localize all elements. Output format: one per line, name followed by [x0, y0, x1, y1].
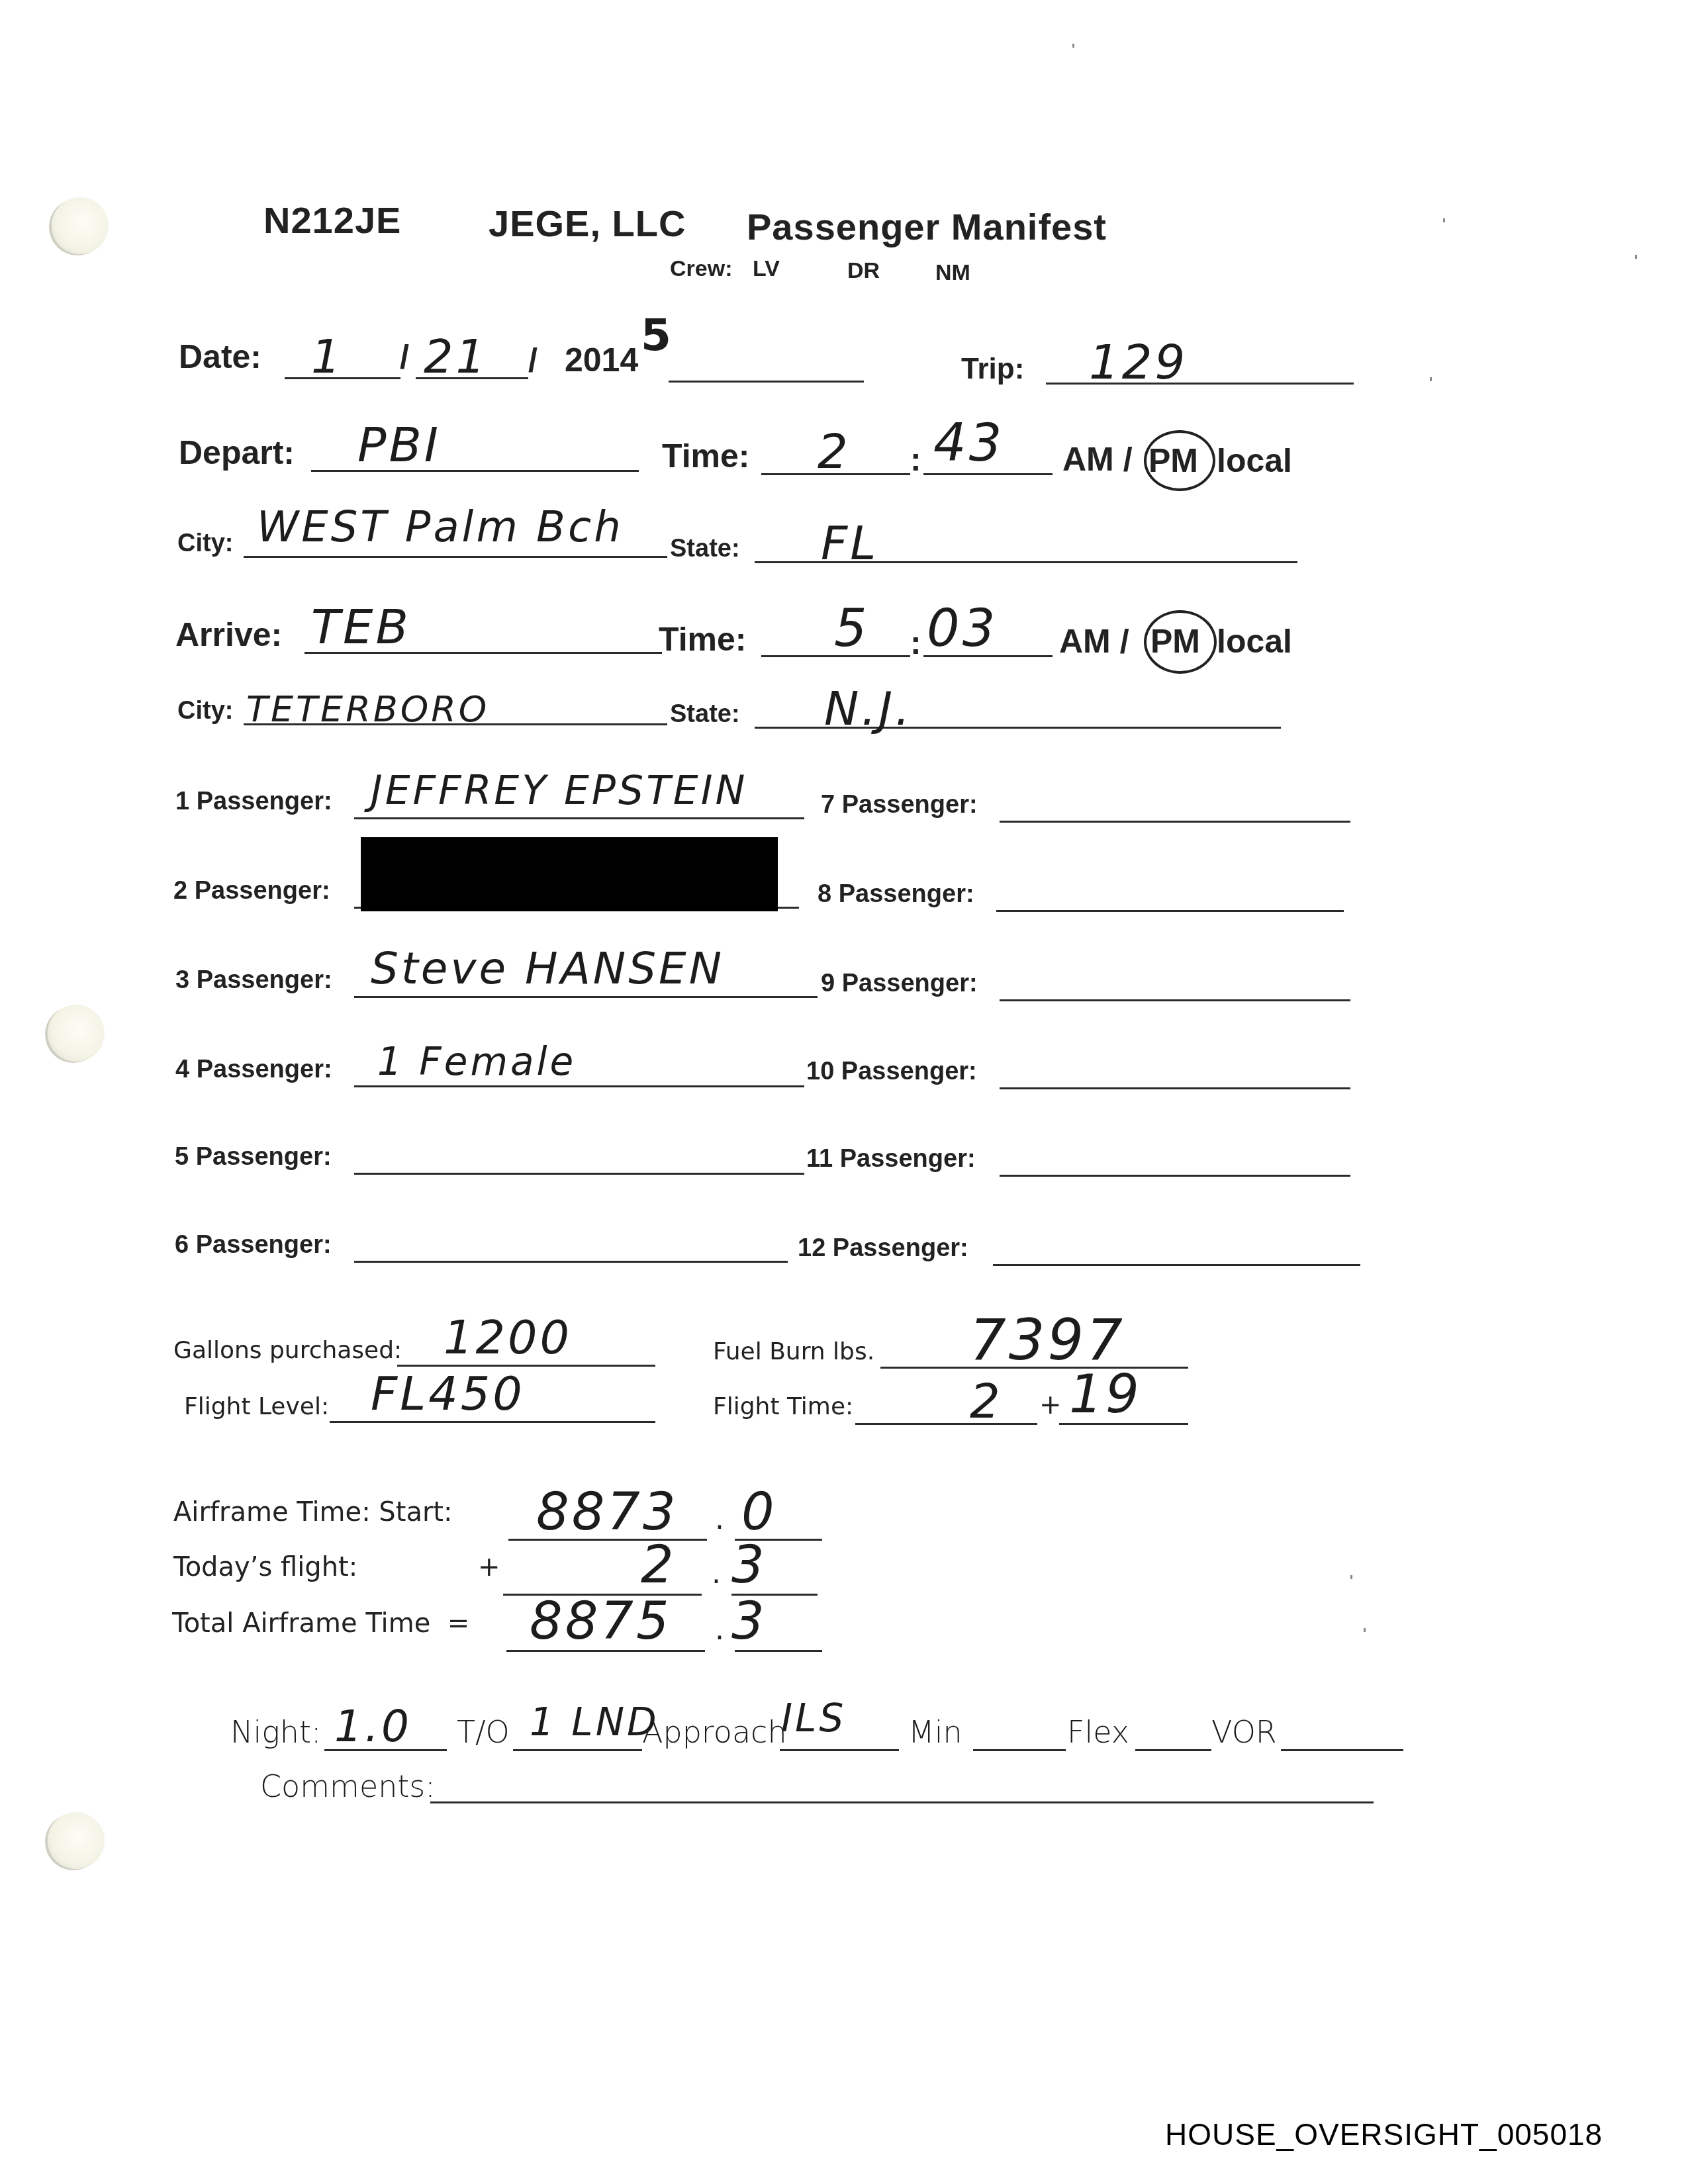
company-name: JEGE, LLC [489, 202, 686, 245]
form-title: Passenger Manifest [747, 205, 1107, 248]
scan-speck [1635, 255, 1637, 259]
arrive-minute-field[interactable]: 03 [927, 599, 998, 659]
flight-time-hours-line [855, 1423, 1037, 1425]
passenger-12-line[interactable] [993, 1264, 1360, 1266]
passenger-1-label: 1 Passenger: [175, 788, 332, 816]
todays-flight-whole-field[interactable]: 2 [641, 1535, 677, 1595]
comments-line[interactable] [430, 1801, 1374, 1803]
total-airframe-label: Total Airframe Time = [172, 1608, 469, 1639]
crew-label: Crew: [670, 256, 732, 282]
todays-flight-tenth-field[interactable]: 3 [731, 1535, 767, 1595]
passenger-1-field[interactable]: JEFFREY EPSTEIN [371, 768, 747, 814]
scan-speck [1430, 377, 1432, 381]
trip-number-field[interactable]: 129 [1089, 334, 1188, 390]
flight-level-field[interactable]: FL450 [371, 1367, 525, 1421]
pm-selected-circle [1144, 610, 1217, 674]
date-year-printed: 2014 [565, 341, 638, 379]
passenger-2-label: 2 Passenger: [173, 877, 330, 905]
date-year-correction: 5 [641, 310, 674, 361]
arrive-am-option[interactable]: AM / [1059, 622, 1129, 660]
flight-time-plus: + [1039, 1390, 1062, 1420]
passenger-11-line[interactable] [1000, 1175, 1350, 1177]
depart-minute-line [923, 473, 1053, 475]
passenger-9-label: 9 Passenger: [821, 970, 978, 998]
airframe-start-label: Airframe Time: Start: [173, 1497, 453, 1527]
min-line[interactable] [973, 1749, 1066, 1751]
date-separator: / [400, 338, 409, 376]
depart-state-label: State: [670, 535, 740, 563]
passenger-3-field[interactable]: Steve HANSEN [371, 943, 724, 994]
bates-number: HOUSE_OVERSIGHT_005018 [1165, 2116, 1603, 2152]
flex-line[interactable] [1135, 1749, 1211, 1751]
depart-airport-field[interactable]: PBI [357, 417, 441, 473]
time-colon: : [910, 623, 921, 662]
crew-member-3: NM [935, 260, 970, 286]
passenger-3-line [354, 996, 818, 998]
comments-label: Comments: [260, 1768, 436, 1804]
passenger-11-label: 11 Passenger: [806, 1145, 976, 1173]
redaction-box [361, 837, 778, 911]
decimal-point: . [715, 1502, 724, 1536]
arrive-state-label: State: [670, 700, 740, 729]
depart-city-line [244, 556, 667, 558]
depart-label: Depart: [179, 433, 295, 472]
passenger-1-line [354, 817, 804, 819]
gallons-field[interactable]: 1200 [444, 1310, 572, 1365]
passenger-6-label: 6 Passenger: [175, 1231, 332, 1259]
passenger-5-label: 5 Passenger: [175, 1143, 332, 1171]
arrive-label: Arrive: [175, 615, 282, 654]
todays-flight-plus: + [478, 1552, 500, 1582]
crew-member-2: DR [847, 258, 880, 284]
to-line [513, 1749, 642, 1751]
airframe-start-whole-field[interactable]: 8873 [536, 1482, 679, 1542]
arrive-city-label: City: [177, 697, 233, 725]
depart-time-label: Time: [662, 437, 749, 475]
arrive-airport-field[interactable]: TEB [311, 599, 411, 655]
decimal-point: . [712, 1557, 721, 1590]
date-month-field[interactable]: 1 [311, 330, 344, 384]
passenger-3-label: 3 Passenger: [175, 966, 332, 995]
decimal-point: . [715, 1613, 724, 1647]
flight-time-label: Flight Time: [713, 1393, 853, 1420]
date-year-line[interactable] [669, 381, 864, 383]
depart-hour-field[interactable]: 2 [818, 424, 851, 479]
flex-label: Flex [1067, 1714, 1129, 1750]
approach-line [780, 1749, 899, 1751]
date-separator: / [528, 341, 538, 379]
flight-time-hours-field[interactable]: 2 [970, 1373, 1003, 1429]
todays-flight-label: Today’s flight: [173, 1552, 357, 1582]
punch-hole-top [52, 197, 109, 254]
scan-speck [1072, 44, 1074, 48]
passenger-7-line[interactable] [1000, 821, 1350, 823]
date-day-field[interactable]: 21 [424, 330, 488, 384]
passenger-4-field[interactable]: 1 Female [377, 1039, 576, 1084]
passenger-4-line [354, 1085, 804, 1087]
depart-local-label: local [1217, 441, 1292, 480]
total-airframe-tenth-field[interactable]: 3 [731, 1592, 767, 1651]
flight-time-minutes-field[interactable]: 19 [1069, 1363, 1142, 1425]
crew-member-1: LV [753, 256, 780, 282]
passenger-8-line[interactable] [996, 910, 1344, 912]
arrive-local-label: local [1217, 622, 1292, 660]
pm-selected-circle [1144, 430, 1215, 491]
flight-level-label: Flight Level: [184, 1393, 329, 1420]
passenger-9-line[interactable] [1000, 999, 1350, 1001]
passenger-4-label: 4 Passenger: [175, 1056, 332, 1084]
fuel-burn-label: Fuel Burn lbs. [713, 1338, 874, 1365]
depart-minute-field[interactable]: 43 [933, 414, 1004, 473]
night-field[interactable]: 1.0 [334, 1701, 412, 1752]
approach-field[interactable]: ILS [781, 1696, 846, 1741]
depart-am-option[interactable]: AM / [1062, 440, 1133, 478]
passenger-6-line[interactable] [354, 1261, 788, 1263]
punch-hole-middle [48, 1005, 105, 1062]
depart-city-field[interactable]: WEST Palm Bch [257, 503, 624, 552]
airframe-start-tenth-field[interactable]: 0 [741, 1482, 777, 1542]
flight-level-line [330, 1421, 655, 1423]
vor-line[interactable] [1281, 1749, 1403, 1751]
approach-label: Approach [642, 1714, 787, 1750]
passenger-8-label: 8 Passenger: [818, 880, 974, 909]
time-colon: : [910, 440, 921, 478]
arrive-city-field[interactable]: TETERBORO [246, 688, 489, 730]
passenger-5-line[interactable] [354, 1173, 804, 1175]
to-label: T/O [457, 1714, 510, 1750]
arrive-time-label: Time: [659, 620, 746, 659]
to-field[interactable]: 1 LND [530, 1700, 659, 1745]
arrive-hour-field[interactable]: 5 [834, 599, 870, 659]
trip-label: Trip: [961, 353, 1024, 386]
depart-city-label: City: [177, 529, 233, 558]
night-label: Night: [230, 1714, 321, 1750]
scan-speck [1443, 218, 1445, 222]
total-airframe-whole-field[interactable]: 8875 [530, 1592, 672, 1651]
tail-number: N212JE [263, 199, 401, 242]
arrive-state-field[interactable]: N.J. [824, 682, 913, 736]
passenger-10-label: 10 Passenger: [806, 1058, 977, 1086]
scan-speck [1364, 1628, 1366, 1632]
vor-label: VOR [1211, 1714, 1277, 1750]
scan-speck [1350, 1575, 1352, 1579]
punch-hole-bottom [48, 1812, 105, 1869]
passenger-7-label: 7 Passenger: [821, 791, 978, 819]
min-label: Min [908, 1714, 962, 1750]
passenger-10-line[interactable] [1000, 1087, 1350, 1089]
depart-state-field[interactable]: FL [821, 516, 878, 570]
date-label: Date: [179, 338, 261, 376]
passenger-12-label: 12 Passenger: [798, 1234, 968, 1263]
gallons-label: Gallons purchased: [173, 1337, 402, 1364]
